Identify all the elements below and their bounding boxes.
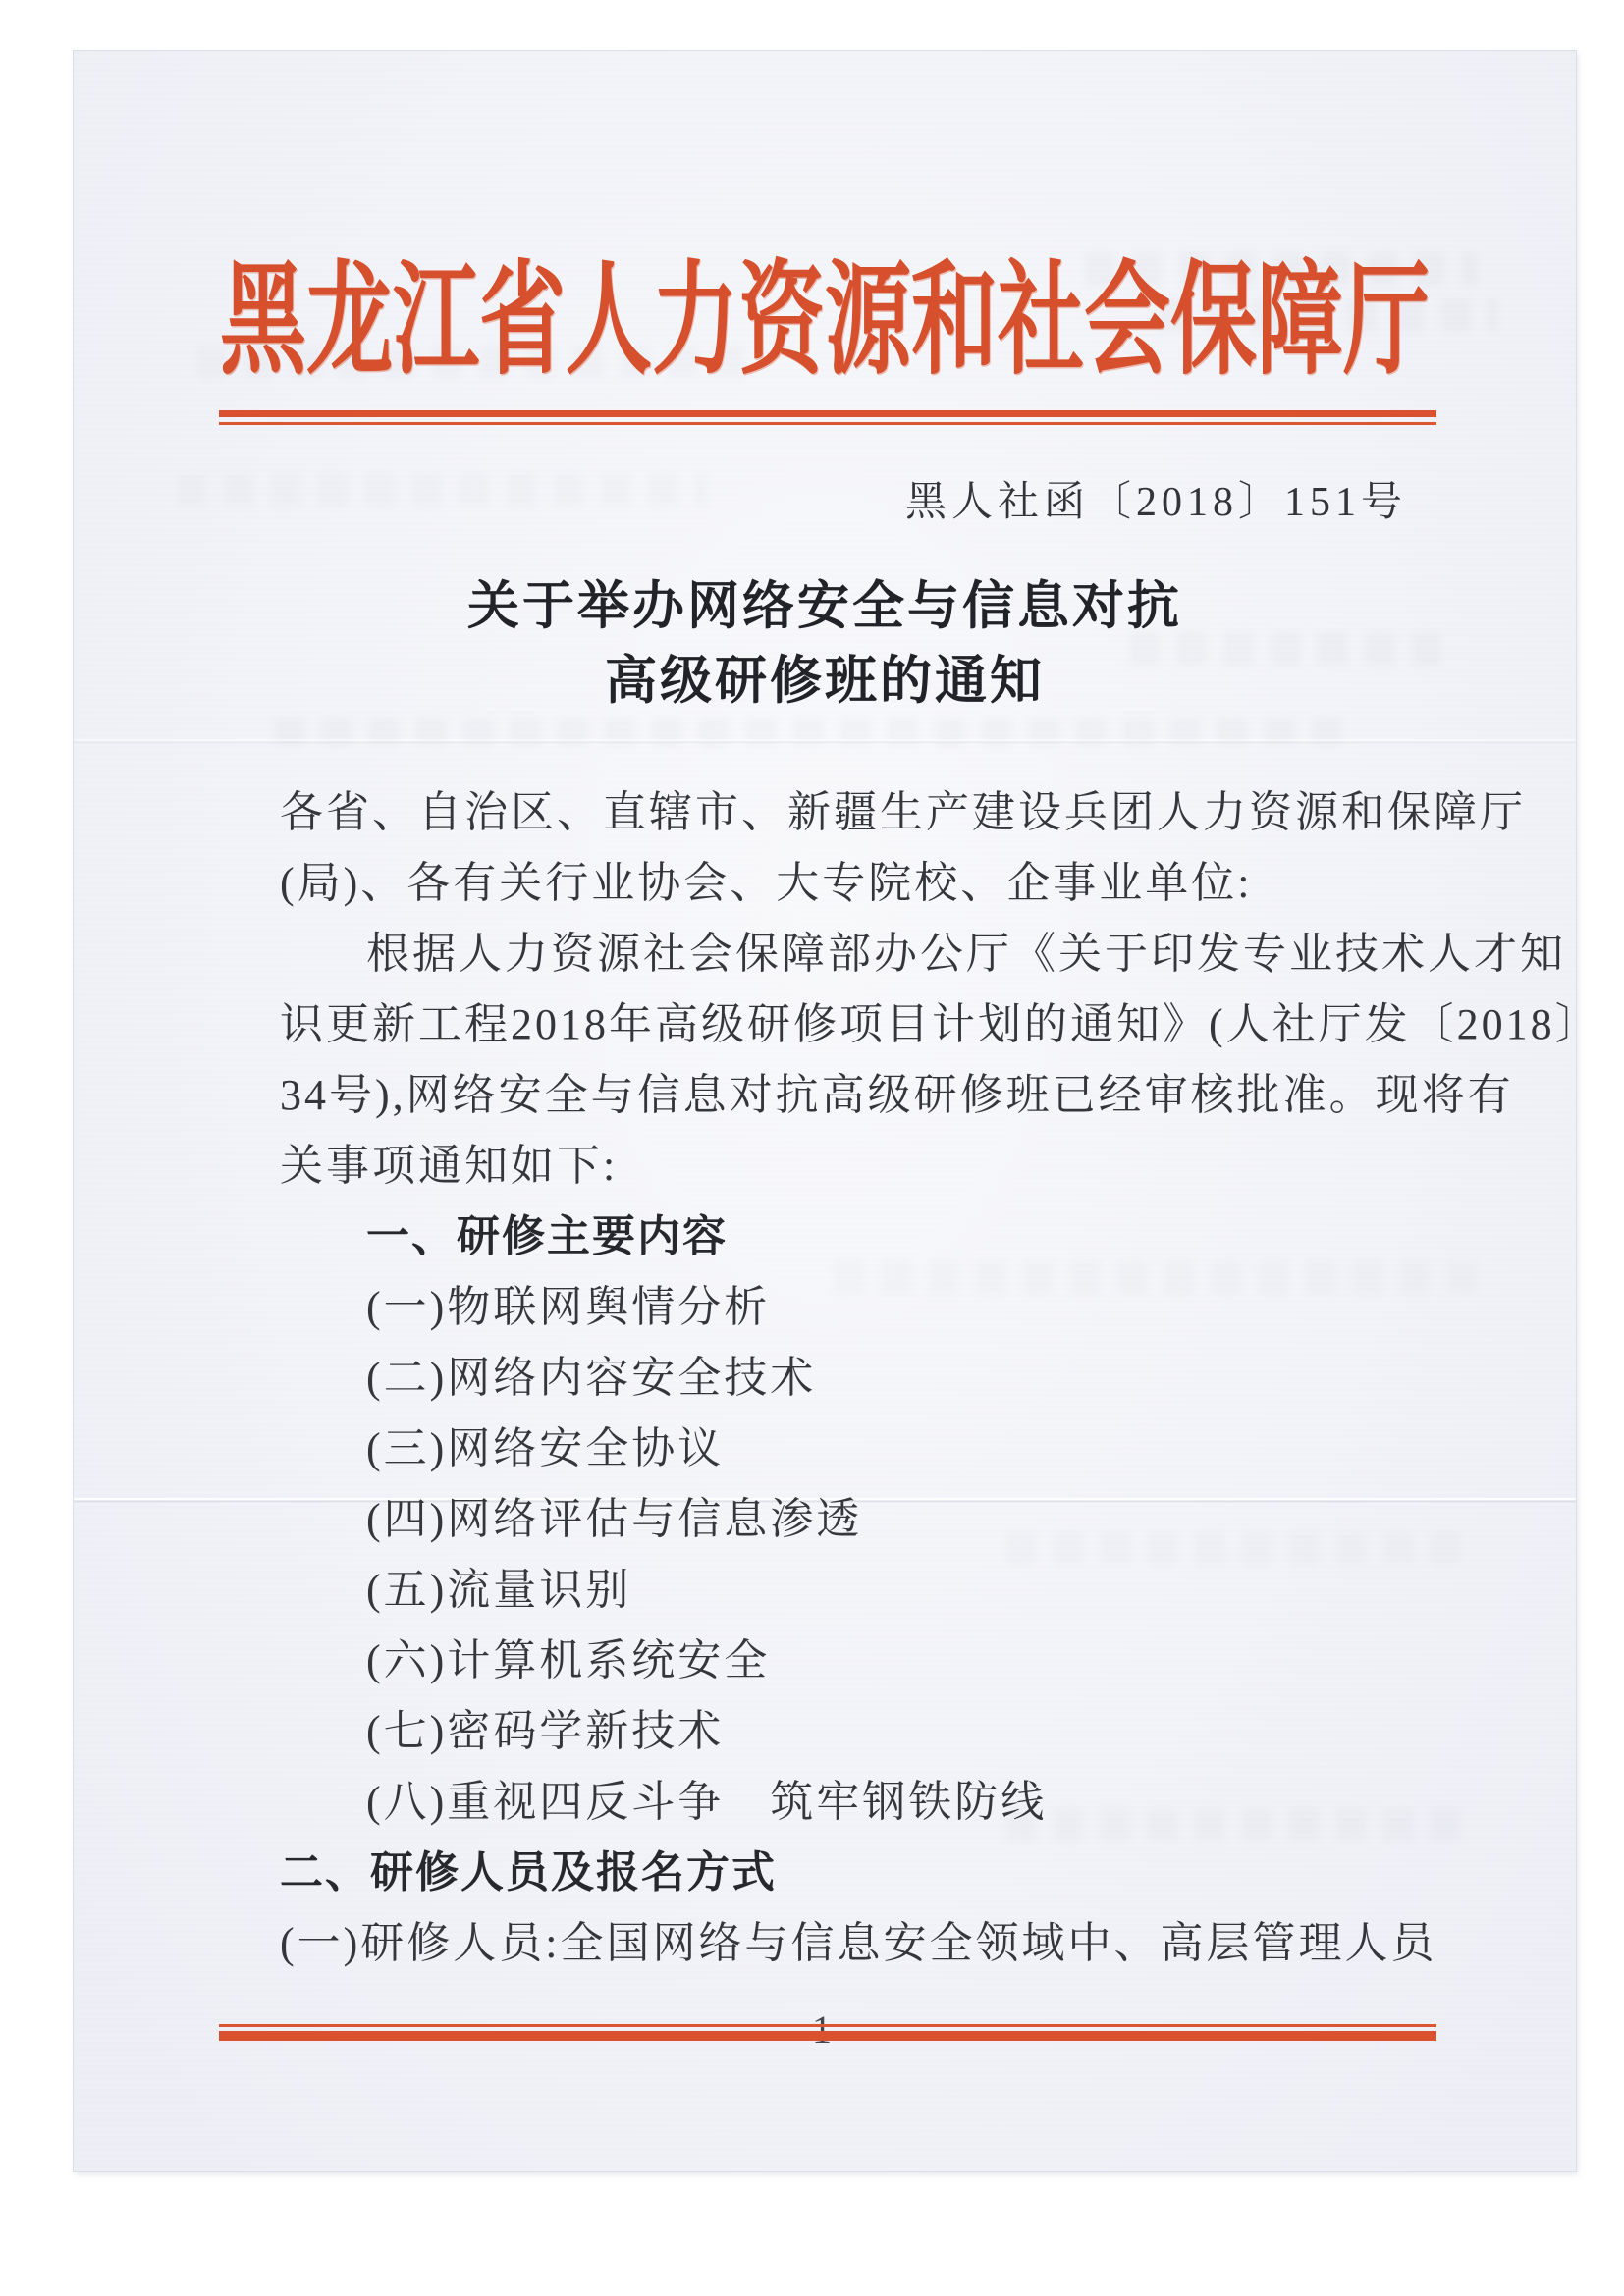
document-number: 黑人社函〔2018〕151号 [905, 469, 1407, 528]
footer-rule-thin [219, 2024, 1436, 2027]
section-2-heading: 二、研修人员及报名方式 [280, 1838, 1458, 1908]
scanned-document-canvas: 黑龙江省人力资源和社会保障厅 黑人社函〔2018〕151号 关于举办网络安全与信… [0, 0, 1624, 2296]
letterhead-rule-thin [219, 422, 1436, 425]
section-1-item: (四)网络评估与信息渗透 [280, 1484, 1458, 1555]
paper-crease [74, 739, 1576, 744]
section-1-item: (八)重视四反斗争 筑牢钢铁防线 [280, 1767, 1458, 1838]
section-1-item: (七)密码学新技术 [280, 1696, 1458, 1767]
salutation-line: 各省、自治区、直辖市、新疆生产建设兵团人力资源和保障厅 [280, 777, 1458, 848]
section-1-item: (五)流量识别 [280, 1555, 1458, 1626]
document-title-line-2: 高级研修班的通知 [74, 644, 1576, 719]
paragraph-line: 关事项通知如下: [280, 1131, 1458, 1201]
section-1-item: (二)网络内容安全技术 [280, 1343, 1458, 1414]
document-title-line-1: 关于举办网络安全与信息对抗 [74, 569, 1576, 644]
letterhead-rule-thick [219, 410, 1436, 417]
document-body: 各省、自治区、直辖市、新疆生产建设兵团人力资源和保障厅 (局)、各有关行业协会、… [280, 777, 1458, 1979]
page-number: — 1 — [74, 2006, 1576, 2053]
paragraph-line: 识更新工程2018年高级研修项目计划的通知》(人社厅发〔2018〕 [280, 989, 1458, 1060]
section-1-heading: 一、研修主要内容 [280, 1201, 1458, 1272]
footer-rule-thick [219, 2031, 1436, 2041]
document-page: 黑龙江省人力资源和社会保障厅 黑人社函〔2018〕151号 关于举办网络安全与信… [74, 51, 1576, 2171]
document-title: 关于举办网络安全与信息对抗 高级研修班的通知 [74, 569, 1576, 719]
section-1-item: (六)计算机系统安全 [280, 1626, 1458, 1696]
section-2-item: (一)研修人员:全国网络与信息安全领域中、高层管理人员 [280, 1908, 1458, 1979]
section-1-item: (三)网络安全协议 [280, 1414, 1458, 1484]
paragraph-line: 34号),网络安全与信息对抗高级研修班已经审核批准。现将有 [280, 1060, 1458, 1131]
bleed-through-mark [275, 719, 1355, 746]
section-1-item: (一)物联网舆情分析 [280, 1272, 1458, 1343]
agency-letterhead-title: 黑龙江省人力资源和社会保障厅 [74, 259, 1576, 388]
paragraph-line: 根据人力资源社会保障部办公厅《关于印发专业技术人才知 [280, 919, 1458, 989]
bleed-through-mark [177, 473, 707, 507]
salutation-line: (局)、各有关行业协会、大专院校、企事业单位: [280, 848, 1458, 919]
